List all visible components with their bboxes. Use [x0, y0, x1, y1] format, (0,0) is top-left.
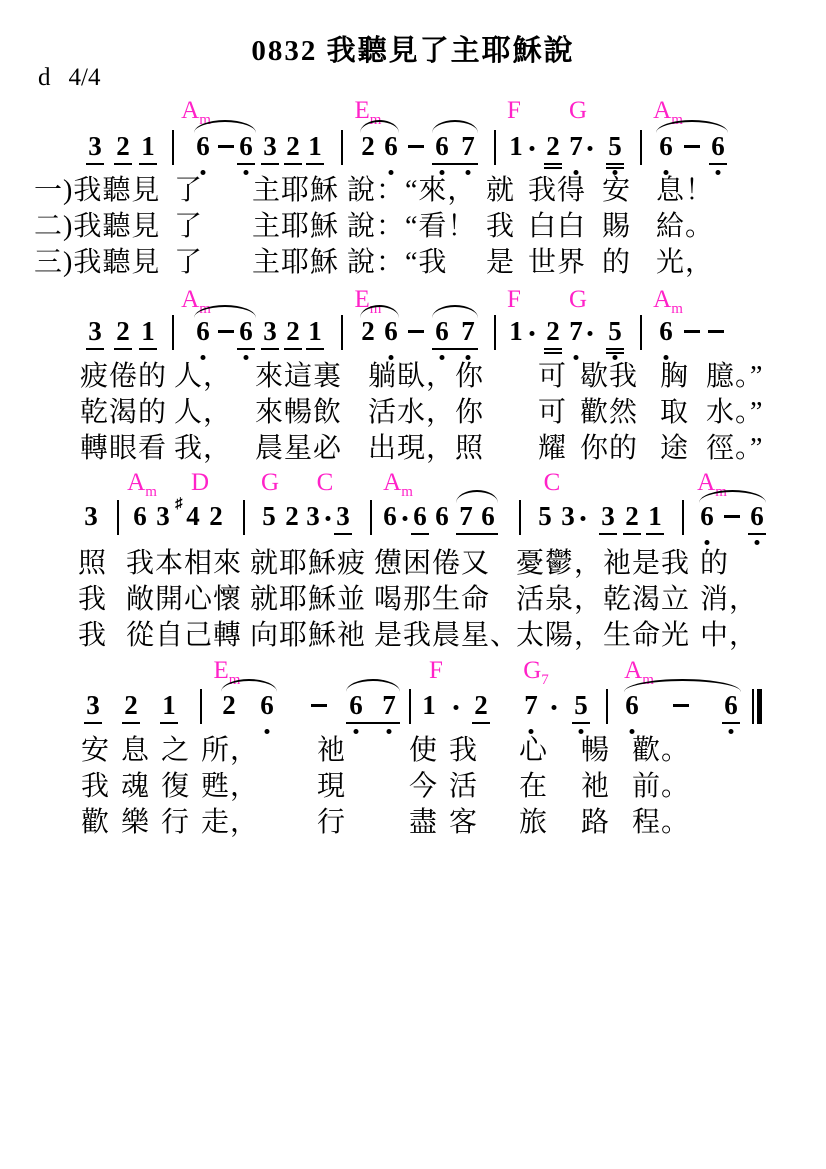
note-digit: 2: [209, 503, 223, 530]
note-digit: 7: [569, 318, 583, 345]
lyric-segment: 人，: [174, 398, 232, 429]
beam-underline: [623, 533, 641, 535]
octave-low-dot: [387, 729, 392, 734]
beam-underline: [160, 722, 178, 724]
note-digit: 7: [459, 503, 473, 530]
augmentation-dot: [588, 146, 593, 151]
lyric-segment: 行: [161, 808, 190, 839]
beam-underline: [122, 722, 140, 724]
key-signature: d4/4: [38, 64, 100, 92]
duration-dash: [311, 704, 327, 707]
lyric-segment: 主耶穌: [252, 212, 339, 243]
note-digit: 6: [383, 503, 397, 530]
lyric-segment: 復: [161, 772, 190, 803]
note-digit: 6: [196, 133, 210, 160]
beam-underline: [572, 722, 590, 724]
note-digit: 6: [413, 503, 427, 530]
page-title: 0832 我聽見了主耶穌說: [0, 28, 826, 69]
duration-dash: [708, 330, 724, 333]
lyric-segment: 活水，你: [368, 398, 484, 429]
note-digit: 5: [538, 503, 552, 530]
lyric-segment: 我: [78, 621, 107, 652]
lyric-segment: 胸: [660, 362, 689, 393]
lyric-segment: 魂: [121, 772, 150, 803]
beam-underline-2: [606, 352, 624, 354]
note-digit: 6: [384, 133, 398, 160]
note-digit: 3: [561, 503, 575, 530]
bar-line: [172, 130, 174, 165]
lyric-segment: 轉眼看: [80, 434, 167, 465]
note-digit: 6: [133, 503, 147, 530]
note-digit: 3: [306, 503, 320, 530]
octave-low-dot: [729, 729, 734, 734]
beam-underline: [114, 348, 132, 350]
augmentation-dot: [552, 705, 557, 710]
lyric-segment: 祂: [581, 772, 610, 803]
lyric-segment: 了: [174, 176, 203, 207]
note-digit: 1: [162, 692, 176, 719]
bar-line: [494, 130, 496, 165]
bar-line: [341, 315, 343, 350]
bar-line: [640, 130, 642, 165]
lyric-segment: 世界: [528, 248, 586, 279]
note-digit: 6: [260, 692, 274, 719]
note-digit: 6: [349, 692, 363, 719]
lyric-segment: 的: [602, 248, 631, 279]
note-digit: 6: [625, 692, 639, 719]
beam-underline: [86, 348, 104, 350]
note-digit: 6: [384, 318, 398, 345]
lyric-segment: 暢: [581, 736, 610, 767]
chord-label: Am: [127, 470, 157, 500]
note-digit: 2: [285, 503, 299, 530]
lyric-segment: 今: [409, 772, 438, 803]
augmentation-dot: [326, 516, 331, 521]
slur-arc: [456, 490, 498, 503]
lyric-segment: 旅: [519, 808, 548, 839]
lyric-segment: 水。”: [706, 398, 763, 429]
augmentation-dot: [588, 331, 593, 336]
lyric-segment: 活泉，乾渴立: [516, 585, 690, 616]
note-digit: 6: [659, 133, 673, 160]
note-digit: 2: [625, 503, 639, 530]
note-digit: 2: [546, 133, 560, 160]
lyric-segment: 活: [449, 772, 478, 803]
octave-low-dot: [265, 729, 270, 734]
duration-dash: [724, 515, 740, 518]
lyric-segment: 白白: [528, 212, 586, 243]
lyric-segment: 息！: [656, 176, 714, 207]
note-digit: 2: [546, 318, 560, 345]
lyric-segment: 是: [486, 248, 515, 279]
octave-low-dot: [630, 729, 635, 734]
lyric-segment: 消，: [700, 585, 758, 616]
beam-underline: [284, 163, 302, 165]
note-digit: 3: [263, 133, 277, 160]
note-digit: 1: [509, 133, 523, 160]
lyric-segment: 來暢飲: [255, 398, 342, 429]
chord-label: F: [507, 98, 521, 123]
octave-low-dot: [244, 355, 249, 360]
note-digit: 6: [196, 318, 210, 345]
lyric-segment: 路: [581, 808, 610, 839]
note-digit: 1: [141, 133, 155, 160]
octave-low-dot: [574, 355, 579, 360]
note-digit: 1: [308, 318, 322, 345]
lyric-segment: 一)我聽見: [34, 176, 160, 207]
beam-underline: [261, 348, 279, 350]
lyric-segment: 我: [486, 212, 515, 243]
lyric-segment: 了: [174, 248, 203, 279]
time-signature: 4/4: [69, 64, 101, 91]
lyric-segment: 甦，: [201, 772, 259, 803]
note-digit: 5: [608, 318, 622, 345]
beam-underline: [456, 533, 498, 535]
octave-low-dot: [529, 729, 534, 734]
beam-underline: [599, 533, 617, 535]
beam-underline: [86, 163, 104, 165]
lyric-segment: 徑。”: [706, 434, 763, 465]
lyric-segment: 安: [81, 736, 110, 767]
lyric-segment: 我: [449, 736, 478, 767]
note-digit: 4: [186, 503, 200, 530]
beam-underline: [237, 163, 255, 165]
lyric-segment: 憂鬱，祂是我: [516, 549, 690, 580]
note-digit: 7: [461, 318, 475, 345]
note-digit: 3: [88, 133, 102, 160]
octave-low-dot: [389, 355, 394, 360]
note-digit: 3: [336, 503, 350, 530]
lyric-segment: 息: [121, 736, 150, 767]
lyric-segment: 向耶穌祂: [250, 621, 366, 652]
chord-label: F: [429, 658, 443, 683]
bar-line: [494, 315, 496, 350]
note-digit: 7: [569, 133, 583, 160]
augmentation-dot: [530, 331, 535, 336]
note-digit: 2: [116, 133, 130, 160]
note-digit: 6: [239, 133, 253, 160]
note-digit: 2: [474, 692, 488, 719]
lyric-segment: 可: [538, 398, 567, 429]
lyric-segment: 說：“來，: [347, 176, 476, 207]
augmentation-dot: [403, 516, 408, 521]
beam-underline: [472, 722, 490, 724]
lyric-segment: 可: [538, 362, 567, 393]
bar-line: [409, 689, 411, 724]
lyric-segment: 來這裏: [255, 362, 342, 393]
duration-dash: [408, 145, 424, 148]
octave-low-dot: [705, 540, 710, 545]
lyric-segment: 心: [519, 736, 548, 767]
octave-low-dot: [440, 355, 445, 360]
note-digit: 5: [608, 133, 622, 160]
augmentation-dot: [530, 146, 535, 151]
sheet-music-page: 0832 我聽見了主耶穌說 d4/4 AmEmFGAm3216632126671…: [0, 0, 826, 1169]
lyric-segment: 歇我: [580, 362, 638, 393]
lyric-segment: 盡: [409, 808, 438, 839]
lyric-segment: 在: [519, 772, 548, 803]
lyric-segment: 耀: [538, 434, 567, 465]
bar-line: [341, 130, 343, 165]
lyric-segment: 安: [602, 176, 631, 207]
lyric-segment: 我: [81, 772, 110, 803]
lyric-segment: 出現，照: [368, 434, 484, 465]
lyric-segment: 前。: [632, 772, 690, 803]
beam-underline: [544, 348, 562, 350]
lyric-segment: 主耶穌: [252, 176, 339, 207]
lyric-segment: 祂: [317, 736, 346, 767]
chord-label: F: [507, 287, 521, 312]
note-digit: 3: [88, 318, 102, 345]
beam-underline: [544, 163, 562, 165]
note-digit: 3: [601, 503, 615, 530]
beam-underline: [84, 722, 102, 724]
lyric-segment: 所，: [201, 736, 259, 767]
lyric-segment: 行: [317, 808, 346, 839]
note-digit: 5: [574, 692, 588, 719]
duration-dash: [673, 704, 689, 707]
beam-underline: [748, 533, 766, 535]
lyric-segment: 是我晨星、: [374, 621, 519, 652]
lyric-segment: 現: [317, 772, 346, 803]
lyric-segment: 敞開心懷: [126, 585, 242, 616]
note-digit: 1: [141, 318, 155, 345]
note-digit: 7: [461, 133, 475, 160]
note-digit: 3: [156, 503, 170, 530]
note-digit: 2: [124, 692, 138, 719]
octave-low-dot: [579, 729, 584, 734]
lyric-segment: 走，: [201, 808, 259, 839]
beam-underline: [432, 163, 478, 165]
note-digit: 1: [422, 692, 436, 719]
slur-arc: [432, 305, 478, 318]
beam-underline: [606, 163, 624, 165]
lyric-segment: 就耶穌疲: [250, 549, 366, 580]
lyric-segment: 中，: [700, 621, 758, 652]
duration-dash: [408, 330, 424, 333]
lyric-segment: 你的: [580, 434, 638, 465]
note-digit: 2: [222, 692, 236, 719]
note-digit: 2: [116, 318, 130, 345]
lyric-segment: 說：“看！: [347, 212, 476, 243]
beam-underline: [606, 348, 624, 350]
chord-label: D: [191, 470, 209, 495]
chord-label: Am: [383, 470, 413, 500]
note-digit: 1: [509, 318, 523, 345]
beam-underline: [114, 163, 132, 165]
chord-subscript: m: [671, 301, 683, 317]
lyric-segment: 取: [660, 398, 689, 429]
beam-underline: [139, 348, 157, 350]
lyric-segment: 太陽，生命光: [516, 621, 690, 652]
note-digit: 6: [724, 692, 738, 719]
chord-label: G: [569, 98, 587, 123]
note-digit: 6: [435, 133, 449, 160]
lyric-segment: 就: [486, 176, 515, 207]
chord-label: G7: [523, 658, 549, 688]
note-digit: 6: [481, 503, 495, 530]
beam-underline: [646, 533, 664, 535]
duration-dash: [684, 330, 700, 333]
note-digit: 6: [239, 318, 253, 345]
duration-dash: [218, 145, 234, 148]
lyric-segment: 我: [78, 585, 107, 616]
note-digit: 2: [286, 133, 300, 160]
beam-underline: [261, 163, 279, 165]
lyric-segment: 樂: [121, 808, 150, 839]
lyric-segment: 的: [700, 549, 729, 580]
lyric-segment: 使: [409, 736, 438, 767]
beam-underline: [306, 163, 324, 165]
lyric-segment: 喝那生命: [374, 585, 490, 616]
note-digit: 3: [84, 503, 98, 530]
augmentation-dot: [581, 516, 586, 521]
beam-underline: [411, 533, 429, 535]
key-letter: d: [38, 64, 51, 91]
note-digit: 6: [435, 503, 449, 530]
note-digit: 2: [361, 318, 375, 345]
beam-underline-2: [544, 352, 562, 354]
lyric-segment: 晨星必: [255, 434, 342, 465]
bar-line: [370, 500, 372, 535]
lyric-segment: 光，: [656, 248, 714, 279]
beam-underline: [306, 348, 324, 350]
octave-low-dot: [466, 355, 471, 360]
beam-underline: [709, 163, 727, 165]
note-digit: 6: [659, 318, 673, 345]
lyric-segment: 乾渴的: [80, 398, 167, 429]
bar-line: [200, 689, 202, 724]
lyric-segment: 主耶穌: [252, 248, 339, 279]
bar-line: [519, 500, 521, 535]
lyric-segment: 歡然: [580, 398, 638, 429]
lyric-segment: 我，: [174, 434, 232, 465]
lyric-segment: 我本相來: [126, 549, 242, 580]
chord-subscript: m: [401, 484, 413, 500]
lyric-segment: 臆。”: [706, 362, 763, 393]
octave-low-dot: [755, 540, 760, 545]
beam-underline: [334, 533, 352, 535]
chord-label: Am: [653, 287, 683, 317]
note-digit: 2: [361, 133, 375, 160]
lyric-segment: 程。: [632, 808, 690, 839]
beam-underline: [346, 722, 400, 724]
bar-line: [640, 315, 642, 350]
lyric-segment: 我得: [528, 176, 586, 207]
note-digit: 1: [308, 133, 322, 160]
bar-line: [243, 500, 245, 535]
beam-underline-2: [606, 167, 624, 169]
chord-label: C: [544, 470, 561, 495]
note-digit: 3: [86, 692, 100, 719]
bar-line: [682, 500, 684, 535]
duration-dash: [684, 145, 700, 148]
beam-underline: [432, 348, 478, 350]
note-digit: 6: [435, 318, 449, 345]
lyric-segment: 歡: [81, 808, 110, 839]
beam-underline: [139, 163, 157, 165]
note-digit: 5: [262, 503, 276, 530]
chord-subscript: 7: [541, 672, 549, 688]
lyric-segment: 疲倦的: [80, 362, 167, 393]
note-digit: 6: [700, 503, 714, 530]
octave-low-dot: [244, 170, 249, 175]
slur-arc: [432, 120, 478, 133]
lyric-segment: 二)我聽見: [34, 212, 160, 243]
lyric-segment: 從自己轉: [126, 621, 242, 652]
lyric-segment: 人，: [174, 362, 232, 393]
final-bar-line: [752, 689, 762, 724]
note-digit: 6: [711, 133, 725, 160]
note-digit: 7: [382, 692, 396, 719]
lyric-segment: 客: [449, 808, 478, 839]
augmentation-dot: [454, 705, 459, 710]
lyric-segment: 就耶穌並: [250, 585, 366, 616]
lyric-segment: 給。: [656, 212, 714, 243]
lyric-segment: 之: [161, 736, 190, 767]
beam-underline: [237, 348, 255, 350]
lyric-segment: 三)我聽見: [34, 248, 160, 279]
beam-underline: [284, 348, 302, 350]
lyric-segment: 歡。: [632, 736, 690, 767]
beam-underline-2: [544, 167, 562, 169]
chord-label: G: [261, 470, 279, 495]
sharp-sign: ♯: [175, 497, 183, 512]
bar-line: [172, 315, 174, 350]
lyric-segment: 了: [174, 212, 203, 243]
lyric-segment: 躺臥，你: [368, 362, 484, 393]
note-digit: 6: [750, 503, 764, 530]
octave-low-dot: [201, 355, 206, 360]
note-digit: 7: [524, 692, 538, 719]
note-digit: 2: [286, 318, 300, 345]
chord-subscript: m: [145, 484, 157, 500]
bar-line: [606, 689, 608, 724]
chord-label: C: [317, 470, 334, 495]
lyric-segment: 途: [660, 434, 689, 465]
octave-low-dot: [613, 355, 618, 360]
chord-label: G: [569, 287, 587, 312]
lyric-segment: 賜: [602, 212, 631, 243]
bar-line: [117, 500, 119, 535]
note-digit: 1: [648, 503, 662, 530]
beam-underline: [722, 722, 740, 724]
lyric-segment: 憊困倦又: [374, 549, 490, 580]
octave-low-dot: [354, 729, 359, 734]
octave-low-dot: [716, 170, 721, 175]
duration-dash: [218, 330, 234, 333]
note-digit: 3: [263, 318, 277, 345]
lyric-segment: 說：“我: [347, 248, 447, 279]
octave-low-dot: [664, 355, 669, 360]
slur-arc: [346, 679, 400, 692]
lyric-segment: 照: [78, 549, 107, 580]
